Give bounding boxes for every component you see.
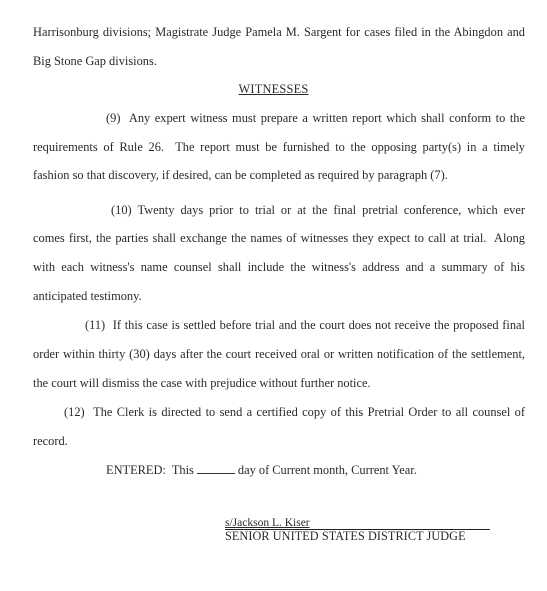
paragraph-9-line: (9) Any expert witness must prepare a wr… [106, 111, 525, 125]
signature-block: s/Jackson L. Kiser SENIOR UNITED STATES … [225, 517, 490, 543]
section-heading-witnesses: WITNESSES [0, 82, 547, 96]
signature-name: s/Jackson L. Kiser [225, 517, 310, 529]
continuation-line: Big Stone Gap divisions. [33, 54, 525, 68]
paragraph-10-line: comes first, the parties shall exchange … [33, 231, 525, 245]
entered-prefix: ENTERED: This [106, 463, 194, 477]
paragraph-9-line: fashion so that discovery, if desired, c… [33, 168, 525, 182]
paragraph-12-line: (12) The Clerk is directed to send a cer… [64, 405, 525, 419]
signature-title: SENIOR UNITED STATES DISTRICT JUDGE [225, 530, 490, 543]
day-blank [197, 463, 235, 474]
paragraph-11-line: (11) If this case is settled before tria… [85, 318, 525, 332]
paragraph-9-line: requirements of Rule 26. The report must… [33, 140, 525, 154]
paragraph-12-line: record. [33, 434, 525, 448]
paragraph-11-line: the court will dismiss the case with pre… [33, 376, 525, 390]
paragraph-11-line: order within thirty (30) days after the … [33, 347, 525, 361]
entered-suffix: day of Current month, Current Year. [238, 463, 417, 477]
paragraph-10-line: anticipated testimony. [33, 289, 525, 303]
paragraph-10-line: with each witness's name counsel shall i… [33, 260, 525, 274]
paragraph-10-line: (10) Twenty days prior to trial or at th… [111, 203, 525, 217]
entered-line: ENTERED: Thisday of Current month, Curre… [106, 463, 417, 477]
continuation-line: Harrisonburg divisions; Magistrate Judge… [33, 25, 525, 39]
